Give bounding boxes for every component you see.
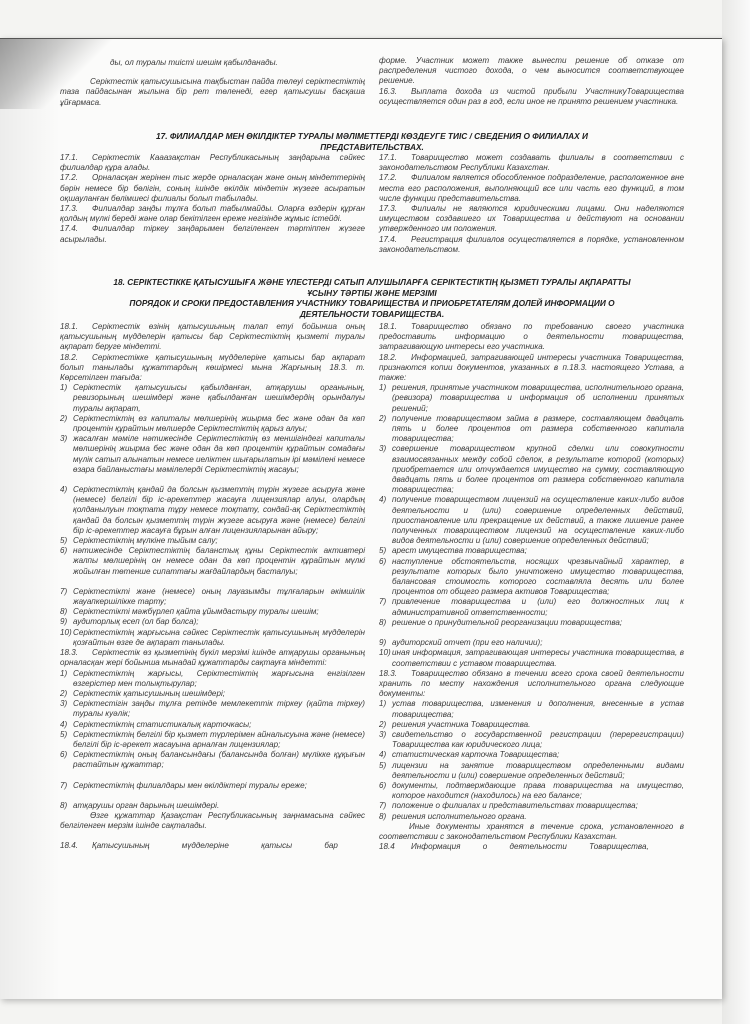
clause-text: Серіктестік өз қызметінің бүкіл мерзімі …	[60, 648, 365, 667]
item-number: 2)	[379, 414, 392, 445]
list-item: 2)получение товариществом займа в размер…	[379, 414, 684, 445]
list-item: 6)нәтижесінде Серіктестіктің баланстық қ…	[60, 546, 365, 577]
list-item: 3)жасалған мәміле нәтижесінде Серіктесті…	[60, 434, 365, 475]
list-item: 1)устав товарищества, изменения и дополн…	[379, 699, 684, 719]
item-number: 7)	[379, 597, 392, 617]
list-item: 5)Серіктестіктің мүлкіне тыйым салу;	[60, 536, 365, 546]
paragraph: Выплата дохода из чистой прибыли Участни…	[379, 87, 684, 106]
list-item: 2)Серіктестіктің өз капиталы мөлшерінің …	[60, 414, 365, 434]
list-item: 6)Серіктестіктің оның балансындағы (бала…	[60, 750, 365, 770]
list-item: 6)документы, подтверждающие права товари…	[379, 781, 684, 801]
list-item: 4)Серіктестіктің қандай да болсын қызмет…	[60, 485, 365, 536]
list-item: 1)решения, принятые участником товарищес…	[379, 383, 684, 414]
list-item: 2)решения участника Товарищества.	[379, 720, 684, 730]
clause-text: Филиалом является обособленное подраздел…	[379, 173, 684, 202]
item-number: 6)	[379, 557, 392, 598]
fragment-text: форме. Участник может также вынести реше…	[379, 56, 684, 87]
item-number: 4)	[379, 495, 392, 546]
heading-line: 18. СЕРІКТЕСТІККЕ ҚАТЫСУШЫҒА ЖӘНЕ ҮЛЕСТЕ…	[60, 277, 684, 288]
clause-text: Информацией, затрагивающей интересы учас…	[379, 353, 684, 382]
item-text: Серіктестіктің белгілі бір қызмет түрлер…	[73, 730, 365, 750]
fragment-text: ды, ол туралы тиісті шешім қабылданады.	[60, 58, 365, 68]
clause-number: 17.2.	[60, 173, 92, 183]
list-item: 8)решения исполнительного органа.	[379, 812, 684, 822]
item-text: документы, подтверждающие права товарище…	[392, 781, 684, 801]
clause: 17.3.Филиалы не являются юридическими ли…	[379, 204, 684, 235]
clause-number: 18.4.	[60, 841, 92, 851]
clause-text: Регистрация филиалов осуществляется в по…	[379, 235, 684, 254]
item-number: 8)	[379, 618, 392, 628]
clause-number: 17.1.	[379, 153, 411, 163]
item-number: 3)	[379, 730, 392, 750]
clause-number: 18.3.	[60, 648, 92, 658]
item-text: лицензии на занятие товариществом опреде…	[392, 761, 684, 781]
item-number: 8)	[60, 607, 73, 617]
list-item: 9)аудиторский отчет (при его наличии);	[379, 638, 684, 648]
clause-number: 18.4	[379, 842, 411, 852]
heading-line: ДЕЯТЕЛЬНОСТИ ТОВАРИЩЕСТВА.	[60, 309, 684, 320]
item-text: аудиторлық есеп (ол бар болса);	[73, 617, 365, 627]
clause-text: Орналасқан жерінен тыс жерде орналасқан …	[60, 173, 365, 202]
clause: 17.1.Серіктестік Кааазақстан Республикас…	[60, 153, 365, 173]
clause-number: 17.1.	[60, 153, 92, 163]
clause-number: 18.2.	[379, 353, 411, 363]
item-text: получение товариществом займа в размере,…	[392, 414, 684, 445]
clause-text: Информация о деятельности Товарищества,	[411, 842, 649, 851]
list-item: 10)иная информация, затрагивающая интере…	[379, 648, 684, 668]
list-item: 7)Серіктестікті және (немесе) оның лауаз…	[60, 587, 365, 607]
item-number: 2)	[60, 414, 73, 434]
list-item: 1)Серіктестік қатысушысы қабылданған, ат…	[60, 383, 365, 414]
list-item: 1)Серіктестіктің жарғысы, Серіктестіктің…	[60, 669, 365, 689]
item-text: иная информация, затрагивающая интересы …	[392, 648, 684, 668]
item-text: решения исполнительного органа.	[392, 812, 684, 822]
item-text: Серіктестіктің оның балансындағы (баланс…	[73, 750, 365, 770]
list-item: 7)Серіктестіктің филиалдары мен өкілдікт…	[60, 781, 365, 791]
clause: 17.2.Филиалом является обособленное подр…	[379, 173, 684, 204]
clause-text: Товарищество обязано в течении всего сро…	[379, 669, 684, 698]
list-item: 6)наступление обстоятельств, носящих чре…	[379, 557, 684, 598]
clause-text: Филиалдар тіркеу заңдарымен белгіленген …	[60, 224, 365, 243]
clause-number: 18.3.	[379, 669, 411, 679]
list-item: 3)Серіктестігін заңды тұлға ретінде мемл…	[60, 699, 365, 719]
clause-number: 17.3.	[379, 204, 411, 214]
clause: 17.4.Филиалдар тіркеу заңдарымен белгіле…	[60, 224, 365, 244]
list-item: 3)свидетельство о государственной регист…	[379, 730, 684, 750]
item-text: Серіктестіктің өз капиталы мөлшерінің жи…	[73, 414, 365, 434]
item-text: устав товарищества, изменения и дополнен…	[392, 699, 684, 719]
item-number: 5)	[60, 536, 73, 546]
heading-line: 17. ФИЛИАЛДАР МЕН ӨКІЛДІКТЕР ТУРАЛЫ МӘЛІ…	[60, 131, 684, 142]
clause-number: 17.3.	[60, 204, 92, 214]
item-text: Серіктестік қатысушысы қабылданған, атқа…	[73, 383, 365, 414]
item-number: 8)	[379, 812, 392, 822]
item-number: 4)	[60, 720, 73, 730]
item-number: 2)	[60, 689, 73, 699]
item-text: Серіктестікті мәжбүрлеп қайта ұйымдастыр…	[73, 607, 365, 617]
item-text: Серіктестіктің жарғысына сәйкес Серіктес…	[73, 628, 365, 648]
item-number: 6)	[379, 781, 392, 801]
item-text: нәтижесінде Серіктестіктің баланстық құн…	[73, 546, 365, 577]
clause-number: 18.1.	[379, 322, 411, 332]
paragraph: Иные документы хранятся в течение срока,…	[379, 822, 684, 842]
item-text: атқарушы орган дарының шешімдері.	[73, 801, 365, 811]
clause: 17.4.Регистрация филиалов осуществляется…	[379, 235, 684, 255]
list-item: 4)Серіктестіктің статистикалық карточкас…	[60, 720, 365, 730]
item-text: Серіктестіктің қандай да болсын қызметті…	[73, 485, 365, 536]
list-item: 9)аудиторлық есеп (ол бар болса);	[60, 617, 365, 627]
item-text: Серіктестігін заңды тұлға ретінде мемлек…	[73, 699, 365, 719]
item-number: 6)	[60, 750, 73, 770]
list-item: 8)атқарушы орган дарының шешімдері.	[60, 801, 365, 811]
item-text: решения участника Товарищества.	[392, 720, 684, 730]
item-number: 1)	[60, 383, 73, 414]
paragraph: Серіктестік қатысушысына тақбыстан пайда…	[60, 77, 365, 108]
item-text: Серіктестіктің жарғысы, Серіктестіктің ж…	[73, 669, 365, 689]
item-text: свидетельство о государственной регистра…	[392, 730, 684, 750]
item-text: Серіктестік қатысушының шешімдері;	[73, 689, 365, 699]
item-number: 8)	[60, 801, 73, 811]
top-right-column: форме. Участник может также вынести реше…	[379, 56, 684, 107]
top-left-column: ды, ол туралы тиісті шешім қабылданады. …	[60, 58, 365, 108]
list-item: 5)Серіктестіктің белгілі бір қызмет түрл…	[60, 730, 365, 750]
item-text: привлечение товарищества и (или) его дол…	[392, 597, 684, 617]
item-number: 10)	[379, 648, 392, 668]
clause-number: 16.3.	[379, 87, 411, 97]
item-number: 10)	[60, 628, 73, 648]
item-text: решение о принудительной реорганизации т…	[392, 618, 684, 628]
list-item: 2)Серіктестік қатысушының шешімдері;	[60, 689, 365, 699]
item-number: 1)	[60, 669, 73, 689]
list-item: 10)Серіктестіктің жарғысына сәйкес Серік…	[60, 628, 365, 648]
clause-text: Серіктестікке қатысушының мүдделеріне қа…	[60, 353, 365, 382]
item-text: решения, принятые участником товариществ…	[392, 383, 684, 414]
item-number: 3)	[379, 444, 392, 495]
item-number: 4)	[379, 750, 392, 760]
section-17-russian: 17.1.Товарищество может создавать филиал…	[379, 153, 684, 255]
item-number: 1)	[379, 699, 392, 719]
item-text: положение о филиалах и представительства…	[392, 801, 684, 811]
clause-number: 17.4.	[379, 235, 411, 245]
item-number: 1)	[379, 383, 392, 414]
clause-text: Филиалы не являются юридическими лицами.…	[379, 204, 684, 233]
clause-text: Серіктестік өзінің қатысушының талап ету…	[60, 322, 365, 351]
item-number: 3)	[60, 699, 73, 719]
item-text: совершение товариществом крупной сделки …	[392, 444, 684, 495]
scan-right-edge	[722, 0, 750, 1024]
list-item: 8)решение о принудительной реорганизации…	[379, 618, 684, 628]
item-number: 5)	[379, 546, 392, 556]
list-item: 7)привлечение товарищества и (или) его д…	[379, 597, 684, 617]
list-item: 3)совершение товариществом крупной сделк…	[379, 444, 684, 495]
item-text: арест имущества товарищества;	[392, 546, 684, 556]
clause-number: 18.1.	[60, 322, 92, 332]
item-text: Серіктестіктің статистикалық карточкасы;	[73, 720, 365, 730]
item-text: жасалған мәміле нәтижесінде Серіктестікт…	[73, 434, 365, 475]
item-number: 9)	[60, 617, 73, 627]
list-item: 5)лицензии на занятие товариществом опре…	[379, 761, 684, 781]
clause: 17.1.Товарищество может создавать филиал…	[379, 153, 684, 173]
document-page: ды, ол туралы тиісті шешім қабылданады. …	[0, 38, 722, 999]
clause-text: Товарищество обязано по требованию своег…	[379, 322, 684, 351]
list-item: 8)Серіктестікті мәжбүрлеп қайта ұйымдаст…	[60, 607, 365, 617]
item-text: Серіктестікті және (немесе) оның лауазым…	[73, 587, 365, 607]
clause: 17.3.Филиалдар заңды тұлға болып табылма…	[60, 204, 365, 224]
clause-text: Қатысушының мүдделеріне қатысы бар	[92, 841, 338, 850]
section-18-russian: 18.1.Товарищество обязано по требованию …	[379, 322, 684, 852]
item-number: 6)	[60, 546, 73, 577]
list-item: 4)получение товариществом лицензий на ос…	[379, 495, 684, 546]
item-number: 7)	[379, 801, 392, 811]
section-17-heading: 17. ФИЛИАЛДАР МЕН ӨКІЛДІКТЕР ТУРАЛЫ МӘЛІ…	[60, 131, 684, 152]
heading-line: ПРЕДСТАВИТЕЛЬСТВАХ.	[60, 142, 684, 153]
paragraph: Өзге құжаттар Қазақстан Республикасының …	[60, 811, 365, 831]
clause: 17.2.Орналасқан жерінен тыс жерде орнала…	[60, 173, 365, 204]
section-17-kazakh: 17.1.Серіктестік Кааазақстан Республикас…	[60, 153, 365, 245]
item-text: статистическая карточка Товарищества;	[392, 750, 684, 760]
item-number: 7)	[60, 781, 73, 791]
section-18-kazakh: 18.1.Серіктестік өзінің қатысушының тала…	[60, 322, 365, 852]
heading-line: ҰСЫНУ ТӘРТІБІ ЖӘНЕ МЕРЗІМІ	[60, 288, 684, 299]
item-text: Серіктестіктің мүлкіне тыйым салу;	[73, 536, 365, 546]
clause-number: 17.2.	[379, 173, 411, 183]
list-item: 5)арест имущества товарищества;	[379, 546, 684, 556]
item-text: аудиторский отчет (при его наличии);	[392, 638, 684, 648]
item-number: 9)	[379, 638, 392, 648]
item-text: Серіктестіктің филиалдары мен өкілдіктер…	[73, 781, 365, 791]
list-item: 7)положение о филиалах и представительст…	[379, 801, 684, 811]
heading-line: ПОРЯДОК И СРОКИ ПРЕДОСТАВЛЕНИЯ УЧАСТНИКУ…	[60, 298, 684, 309]
section-18-heading: 18. СЕРІКТЕСТІККЕ ҚАТЫСУШЫҒА ЖӘНЕ ҮЛЕСТЕ…	[60, 277, 684, 319]
clause-text: Товарищество может создавать филиалы в с…	[379, 153, 684, 172]
item-number: 3)	[60, 434, 73, 475]
item-text: наступление обстоятельств, носящих чрезв…	[392, 557, 684, 598]
clause-text: Серіктестік Кааазақстан Республикасының …	[60, 153, 365, 172]
item-number: 5)	[379, 761, 392, 781]
item-number: 4)	[60, 485, 73, 536]
item-number: 2)	[379, 720, 392, 730]
item-text: получение товариществом лицензий на осущ…	[392, 495, 684, 546]
item-number: 5)	[60, 730, 73, 750]
list-item: 4)статистическая карточка Товарищества;	[379, 750, 684, 760]
clause-number: 17.4.	[60, 224, 92, 234]
clause-number: 18.2.	[60, 353, 92, 363]
clause-text: Филиалдар заңды тұлға болып табылмайды. …	[60, 204, 365, 223]
item-number: 7)	[60, 587, 73, 607]
